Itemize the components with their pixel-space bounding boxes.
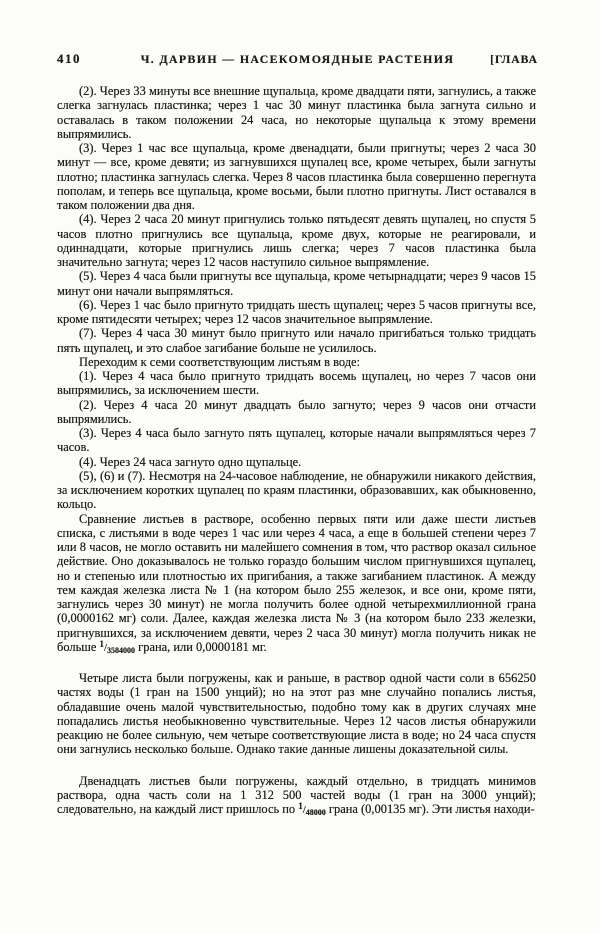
comparison-text-2: грана, или 0,0000181 мг. [135, 640, 267, 654]
paragraph-water-item-4: (4). Через 24 часа загнуто одно щупальце… [57, 455, 536, 469]
fraction-3584000: 1/3584000 [99, 640, 135, 654]
chapter-reference: [ГЛАВА [458, 53, 538, 66]
paragraph-twelve-leaves: Двенадцать листьев были погружены, кажды… [57, 774, 536, 818]
paragraph-item-2: (2). Через 33 минуты все внешние щупальц… [57, 84, 536, 141]
comparison-text-1: Сравнение листьев в растворе, особенно п… [57, 512, 536, 654]
paragraph-water-item-3: (3). Через 4 часа было загнуто пять щупа… [57, 426, 536, 455]
paragraph-transition-water-leaves: Переходим к семи соответствующим листьям… [57, 355, 536, 369]
paragraph-item-5: (5). Через 4 часа были пригнуты все щупа… [57, 269, 536, 298]
running-title: Ч. ДАРВИН — НАСЕКОМОЯДНЫЕ РАСТЕНИЯ [137, 52, 458, 67]
paragraph-comparison: Сравнение листьев в растворе, особенно п… [57, 512, 536, 656]
book-page: 410 Ч. ДАРВИН — НАСЕКОМОЯДНЫЕ РАСТЕНИЯ [… [0, 0, 600, 933]
paragraph-item-3: (3). Через 1 час все щупальца, кроме две… [57, 141, 536, 212]
paragraph-item-6: (6). Через 1 час было пригнуто тридцать … [57, 298, 536, 327]
paragraph-water-item-2: (2). Через 4 часа 20 минут двадцать было… [57, 398, 536, 427]
page-body: (2). Через 33 минуты все внешние щупальц… [57, 84, 536, 817]
paragraph-item-7: (7). Через 4 часа 30 минут было пригнуто… [57, 326, 536, 355]
twelve-leaves-text-2: грана (0,00135 мг). Эти листья находи- [326, 802, 535, 816]
paragraph-four-leaves: Четыре листа были погружены, как и раньш… [57, 671, 536, 757]
page-header: 410 Ч. ДАРВИН — НАСЕКОМОЯДНЫЕ РАСТЕНИЯ [… [57, 51, 538, 67]
fraction-48000: 1/48000 [298, 802, 326, 816]
page-number: 410 [57, 51, 137, 67]
paragraph-water-item-1: (1). Через 4 часа было пригнуто тридцать… [57, 369, 536, 398]
paragraph-water-items-5-6-7: (5), (6) и (7). Несмотря на 24-часовое н… [57, 469, 536, 512]
paragraph-item-4: (4). Через 2 часа 20 минут пригнулись то… [57, 212, 536, 269]
